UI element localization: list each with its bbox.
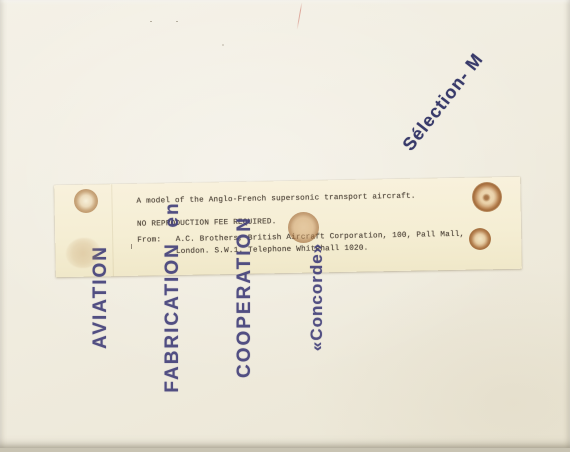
stamp-line-aviation: AVIATION bbox=[89, 197, 113, 397]
adhesive-stain-center bbox=[288, 212, 319, 243]
paper-speck bbox=[176, 21, 178, 22]
paper-speck bbox=[222, 44, 224, 46]
foxing-stain-small-right bbox=[469, 228, 491, 250]
ink-tick-mark bbox=[131, 244, 132, 249]
stamp-line-fabrication-en: FABRICATION en bbox=[161, 197, 185, 397]
faint-stain-left bbox=[66, 238, 100, 268]
foxing-stain-top-left bbox=[74, 189, 98, 213]
paper-speck bbox=[150, 21, 152, 22]
foxing-stain-large-right bbox=[472, 182, 502, 212]
scanned-photo-back: A model of the Anglo-French supersonic t… bbox=[0, 0, 570, 452]
stamp-line-cooperation: COOPERATION bbox=[233, 197, 257, 397]
aviation-cooperation-stamp: AVIATION FABRICATION en COOPERATION «Con… bbox=[41, 197, 137, 397]
